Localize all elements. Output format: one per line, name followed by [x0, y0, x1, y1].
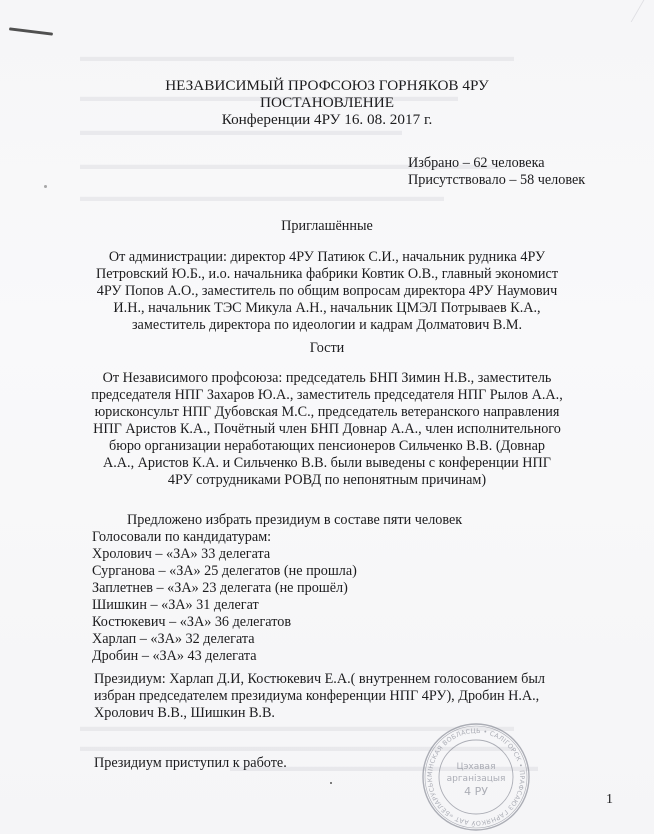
present-count: Присутствовало – 58 человек — [408, 172, 585, 189]
candidate-vote-line: Дробин – «ЗА» 43 делегата — [92, 648, 357, 665]
invited-line: Петровский Ю.Б., и.о. начальника фабрики… — [0, 266, 654, 283]
page-corner-fold — [631, 0, 654, 22]
pen-mark — [9, 27, 53, 35]
candidate-vote-line: Шишкин – «ЗА» 31 делегат — [92, 597, 357, 614]
guests-line: 4РУ сотрудниками РОВД по непонятным прич… — [0, 472, 654, 489]
guests-paragraph: От Независимого профсоюза: председатель … — [0, 370, 654, 489]
guests-line: НПГ Аристов К.А., Почётный член БНП Довн… — [0, 421, 654, 438]
invited-line: От администрации: директор 4РУ Патиюк С.… — [0, 249, 654, 266]
candidate-vote-line: Хролович – «ЗА» 33 делегата — [92, 546, 357, 563]
invited-paragraph: От администрации: директор 4РУ Патиюк С.… — [0, 249, 654, 334]
presidium-proposal: Предложено избрать президиум в составе п… — [127, 512, 462, 529]
page-number: 1 — [606, 792, 613, 808]
presidium-paragraph: Президиум: Харлап Д.И, Костюкевич Е.А.( … — [94, 671, 545, 722]
invited-heading: Приглашённые — [0, 218, 654, 235]
guests-line: От Независимого профсоюза: председатель … — [0, 370, 654, 387]
stamp-center-line-2: арганізацыя — [447, 774, 506, 784]
presidium-line: Хролович В.В., Шишкин В.В. — [94, 705, 545, 722]
guests-line: А.А., Аристов К.А. и Сильченко В.В. были… — [0, 455, 654, 472]
invited-line: И.Н., начальник ТЭС Микула А.Н., начальн… — [0, 300, 654, 317]
candidate-vote-line: Заплетнев – «ЗА» 23 делегата (не прошёл) — [92, 580, 357, 597]
presidium-line: Президиум: Харлап Д.И, Костюкевич Е.А.( … — [94, 671, 545, 688]
bleed-through-text: ▬▬▬▬▬▬▬▬▬▬▬▬▬▬▬▬▬▬▬▬▬▬▬▬▬▬ — [80, 190, 444, 206]
guests-heading: Гости — [0, 340, 654, 357]
document-type-title: ПОСТАНОВЛЕНИЕ — [0, 94, 654, 111]
paper-speck — [330, 782, 332, 784]
candidate-vote-list: Голосовали по кандидатурам: Хролович – «… — [92, 529, 357, 665]
stamp-center-line-1: Цэхавая — [456, 762, 495, 772]
paper-speck — [44, 185, 47, 188]
guests-line: бюро организации неработающих пенсионеро… — [0, 438, 654, 455]
invited-line: 4РУ Попов А.О., заместитель по общим воп… — [0, 283, 654, 300]
organization-stamp: МІНСКАЯ ВОБЛАСЦЬ • САЛІГОРСК • ПРАФСАЮЗ … — [421, 722, 531, 832]
organization-title: НЕЗАВИСИМЫЙ ПРОФСОЮЗ ГОРНЯКОВ 4РУ — [0, 77, 654, 94]
bleed-through-text: ▬▬▬▬▬▬▬▬▬▬▬▬▬▬▬▬▬▬▬▬▬▬▬▬▬▬▬▬▬▬▬ — [80, 50, 514, 66]
voted-label: Голосовали по кандидатурам: — [92, 529, 357, 546]
candidate-vote-line: Костюкевич – «ЗА» 36 делегатов — [92, 614, 357, 631]
document-page: ▬▬▬▬▬▬▬▬▬▬▬▬▬▬▬▬▬▬▬▬▬▬▬▬▬▬▬▬▬▬▬ ▬▬▬▬▬▬▬▬… — [0, 0, 654, 834]
stamp-center-line-3: 4 РУ — [464, 785, 488, 798]
invited-line: заместитель директора по идеологии и кад… — [0, 317, 654, 334]
closing-statement: Президиум приступил к работе. — [94, 755, 287, 772]
candidate-vote-line: Сурганова – «ЗА» 25 делегатов (не прошла… — [92, 563, 357, 580]
elected-count: Избрано – 62 человека — [408, 155, 545, 172]
presidium-line: избран председателем президиума конферен… — [94, 688, 545, 705]
conference-date-subtitle: Конференции 4РУ 16. 08. 2017 г. — [0, 111, 654, 128]
candidate-vote-line: Харлап – «ЗА» 32 делегата — [92, 631, 357, 648]
guests-line: председателя НПГ Захаров Ю.А., заместите… — [0, 387, 654, 404]
guests-line: юрисконсульт НПГ Дубовская М.С., председ… — [0, 404, 654, 421]
